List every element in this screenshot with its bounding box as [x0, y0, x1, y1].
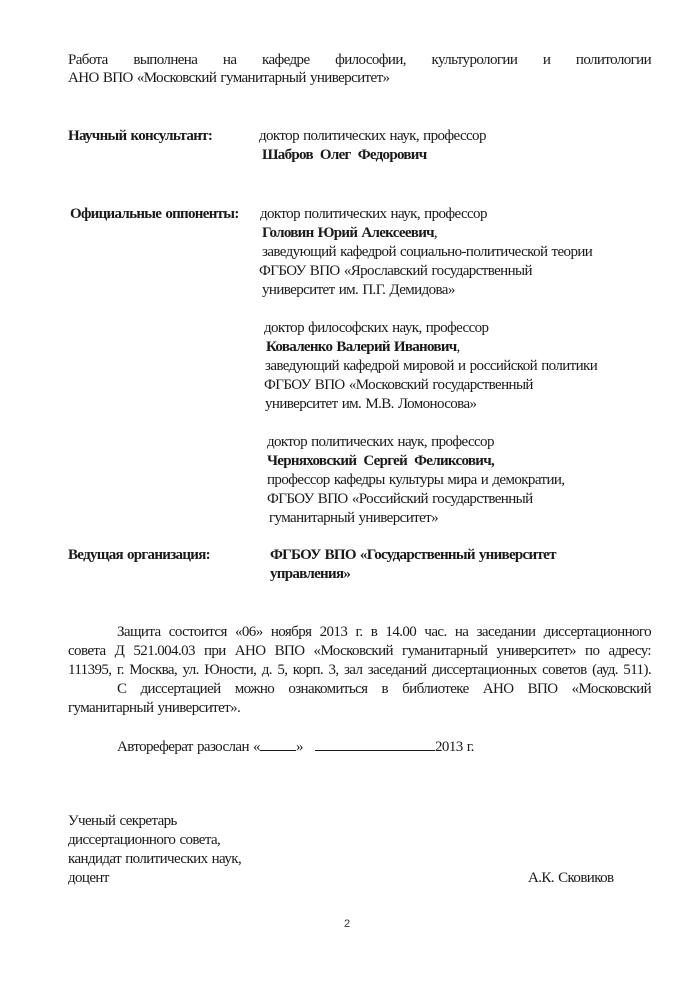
- mailing-prefix: Автореферат разослан «: [117, 739, 260, 755]
- comma: ,: [434, 225, 437, 241]
- secretary-line-2: диссертационного совета,: [68, 831, 220, 849]
- opponents-label: Официальные оппоненты:: [70, 205, 239, 223]
- opponent-position: заведующий кафедрой социально-политическ…: [262, 243, 592, 261]
- opponent-position: заведующий кафедрой мировой и российской…: [265, 357, 597, 375]
- opponent-name: Коваленко Валерий Иванович: [266, 339, 457, 355]
- word: кафедре: [262, 52, 310, 68]
- consultant-name: Шабров Олег Федорович: [262, 146, 427, 164]
- word: политологии: [576, 52, 651, 68]
- opponent-org-line-2: университет им. М.В. Ломоносова»: [265, 395, 476, 413]
- opponent-name-line: Черняховский Сергей Феликсович,: [267, 452, 494, 470]
- mailing-year: 2013 г.: [435, 739, 474, 755]
- intro-line-2: АНО ВПО «Московский гуманитарный универс…: [68, 69, 389, 87]
- secretary-line-3: кандидат политических наук,: [68, 850, 241, 868]
- month-blank: [315, 737, 435, 751]
- opponent-org-line-2: гуманитарный университет»: [269, 509, 438, 527]
- day-blank: [260, 737, 296, 751]
- opponent-degree: доктор политических наук, профессор: [260, 205, 487, 223]
- opponent-name-line: Коваленко Валерий Иванович,: [266, 338, 460, 356]
- word: Работа: [68, 52, 108, 68]
- comma: ,: [457, 339, 460, 355]
- opponent-org-line-2: университет им. П.Г. Демидова»: [262, 281, 455, 299]
- secretary-line-1: Ученый секретарь: [68, 812, 177, 830]
- opponent-degree: доктор политических наук, профессор: [267, 433, 494, 451]
- defense-line-1: Защита состоится «06» ноября 2013 г. в 1…: [117, 623, 651, 641]
- secretary-line-4: доцент: [68, 869, 109, 887]
- opponent-name: Черняховский Сергей Феликсович,: [267, 453, 494, 469]
- defense-line-2: совета Д 521.004.03 при АНО ВПО «Московс…: [68, 642, 651, 660]
- opponent-name-line: Головин Юрий Алексеевич,: [262, 224, 437, 242]
- opponent-org-line-1: ФГБОУ ВПО «Ярославский государственный: [259, 262, 532, 280]
- word: философии,: [335, 52, 406, 68]
- consultant-label: Научный консультант:: [68, 127, 212, 145]
- word: и: [543, 52, 550, 68]
- word: культурологии: [432, 52, 518, 68]
- word: выполнена: [133, 52, 197, 68]
- library-line-2: гуманитарный университет».: [68, 699, 240, 717]
- opponent-position: профессор кафедры культуры мира и демокр…: [267, 471, 564, 489]
- mailing-line: Автореферат разослан «» 2013 г.: [117, 737, 474, 756]
- page-number: 2: [344, 918, 350, 930]
- mailing-quote-close: »: [296, 739, 303, 755]
- opponent-name: Головин Юрий Алексеевич: [262, 225, 434, 241]
- secretary-name: А.К. Сковиков: [528, 869, 614, 887]
- consultant-degree: доктор политических наук, профессор: [259, 127, 486, 145]
- opponent-org-line-1: ФГБОУ ВПО «Российский государственный: [267, 490, 533, 508]
- library-line-1: С диссертацией можно ознакомиться в библ…: [117, 680, 651, 698]
- word: на: [223, 52, 237, 68]
- leading-org-label: Ведущая организация:: [68, 546, 210, 564]
- leading-org-line-1: ФГБОУ ВПО «Государственный университет: [270, 546, 556, 564]
- opponent-org-line-1: ФГБОУ ВПО «Московский государственный: [264, 376, 533, 394]
- opponent-degree: доктор философских наук, профессор: [264, 319, 488, 337]
- intro-line-1: Работа выполнена на кафедре философии, к…: [68, 51, 651, 69]
- defense-line-3: 111395, г. Москва, ул. Юности, д. 5, кор…: [68, 661, 651, 679]
- leading-org-line-2: управления»: [270, 565, 350, 583]
